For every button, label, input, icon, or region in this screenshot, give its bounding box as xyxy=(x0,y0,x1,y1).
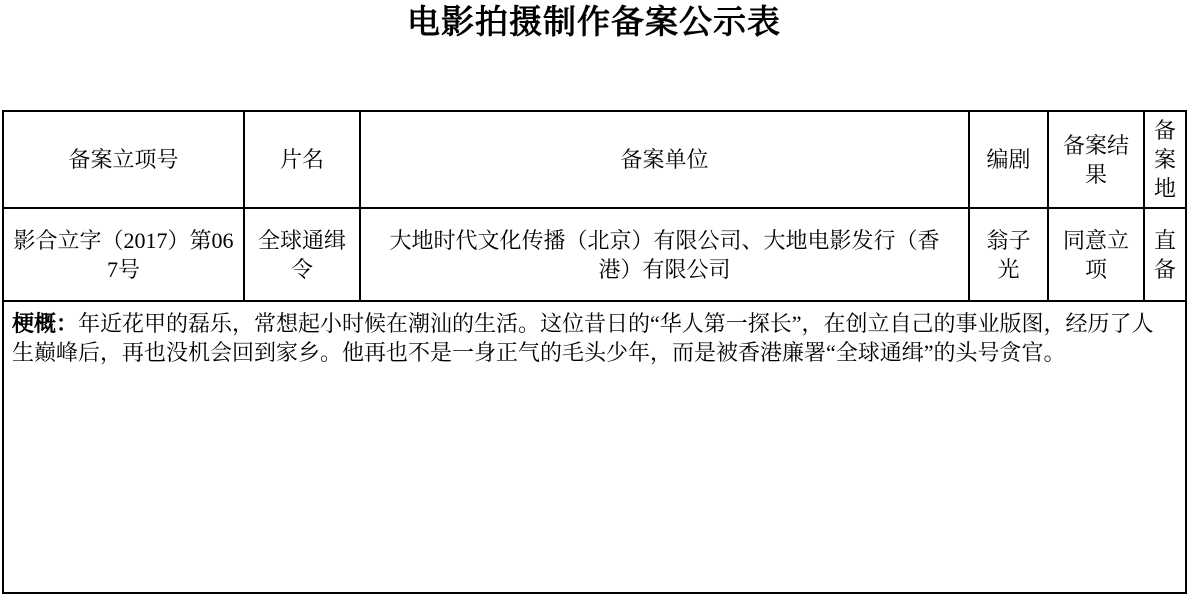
header-filing-place: 备案地 xyxy=(1144,111,1186,208)
cell-filing-number: 影合立字（2017）第067号 xyxy=(3,208,244,301)
filing-notice-page: 电影拍摄制作备案公示表 备案立项号 片名 备案单位 编剧 备案结果 备案地 影合… xyxy=(0,3,1188,594)
table-row: 影合立字（2017）第067号 全球通缉令 大地时代文化传播（北京）有限公司、大… xyxy=(3,208,1186,301)
header-filing-number: 备案立项号 xyxy=(3,111,244,208)
header-filing-unit: 备案单位 xyxy=(360,111,969,208)
synopsis-cell: 梗概：年近花甲的磊乐，常想起小时候在潮汕的生活。这位昔日的“华人第一探长”，在创… xyxy=(3,301,1186,593)
page-title: 电影拍摄制作备案公示表 xyxy=(0,3,1188,41)
header-filing-result: 备案结果 xyxy=(1048,111,1144,208)
cell-screenwriter: 翁子光 xyxy=(969,208,1048,301)
cell-film-title: 全球通缉令 xyxy=(244,208,360,301)
synopsis-label: 梗概： xyxy=(12,311,78,336)
synopsis-text: 年近花甲的磊乐，常想起小时候在潮汕的生活。这位昔日的“华人第一探长”，在创立自己… xyxy=(12,311,1154,365)
filing-table: 备案立项号 片名 备案单位 编剧 备案结果 备案地 影合立字（2017）第067… xyxy=(2,110,1187,594)
cell-filing-result: 同意立项 xyxy=(1048,208,1144,301)
header-screenwriter: 编剧 xyxy=(969,111,1048,208)
table-header-row: 备案立项号 片名 备案单位 编剧 备案结果 备案地 xyxy=(3,111,1186,208)
cell-filing-unit: 大地时代文化传播（北京）有限公司、大地电影发行（香港）有限公司 xyxy=(360,208,969,301)
header-film-title: 片名 xyxy=(244,111,360,208)
synopsis-row: 梗概：年近花甲的磊乐，常想起小时候在潮汕的生活。这位昔日的“华人第一探长”，在创… xyxy=(3,301,1186,593)
cell-filing-place: 直备 xyxy=(1144,208,1186,301)
